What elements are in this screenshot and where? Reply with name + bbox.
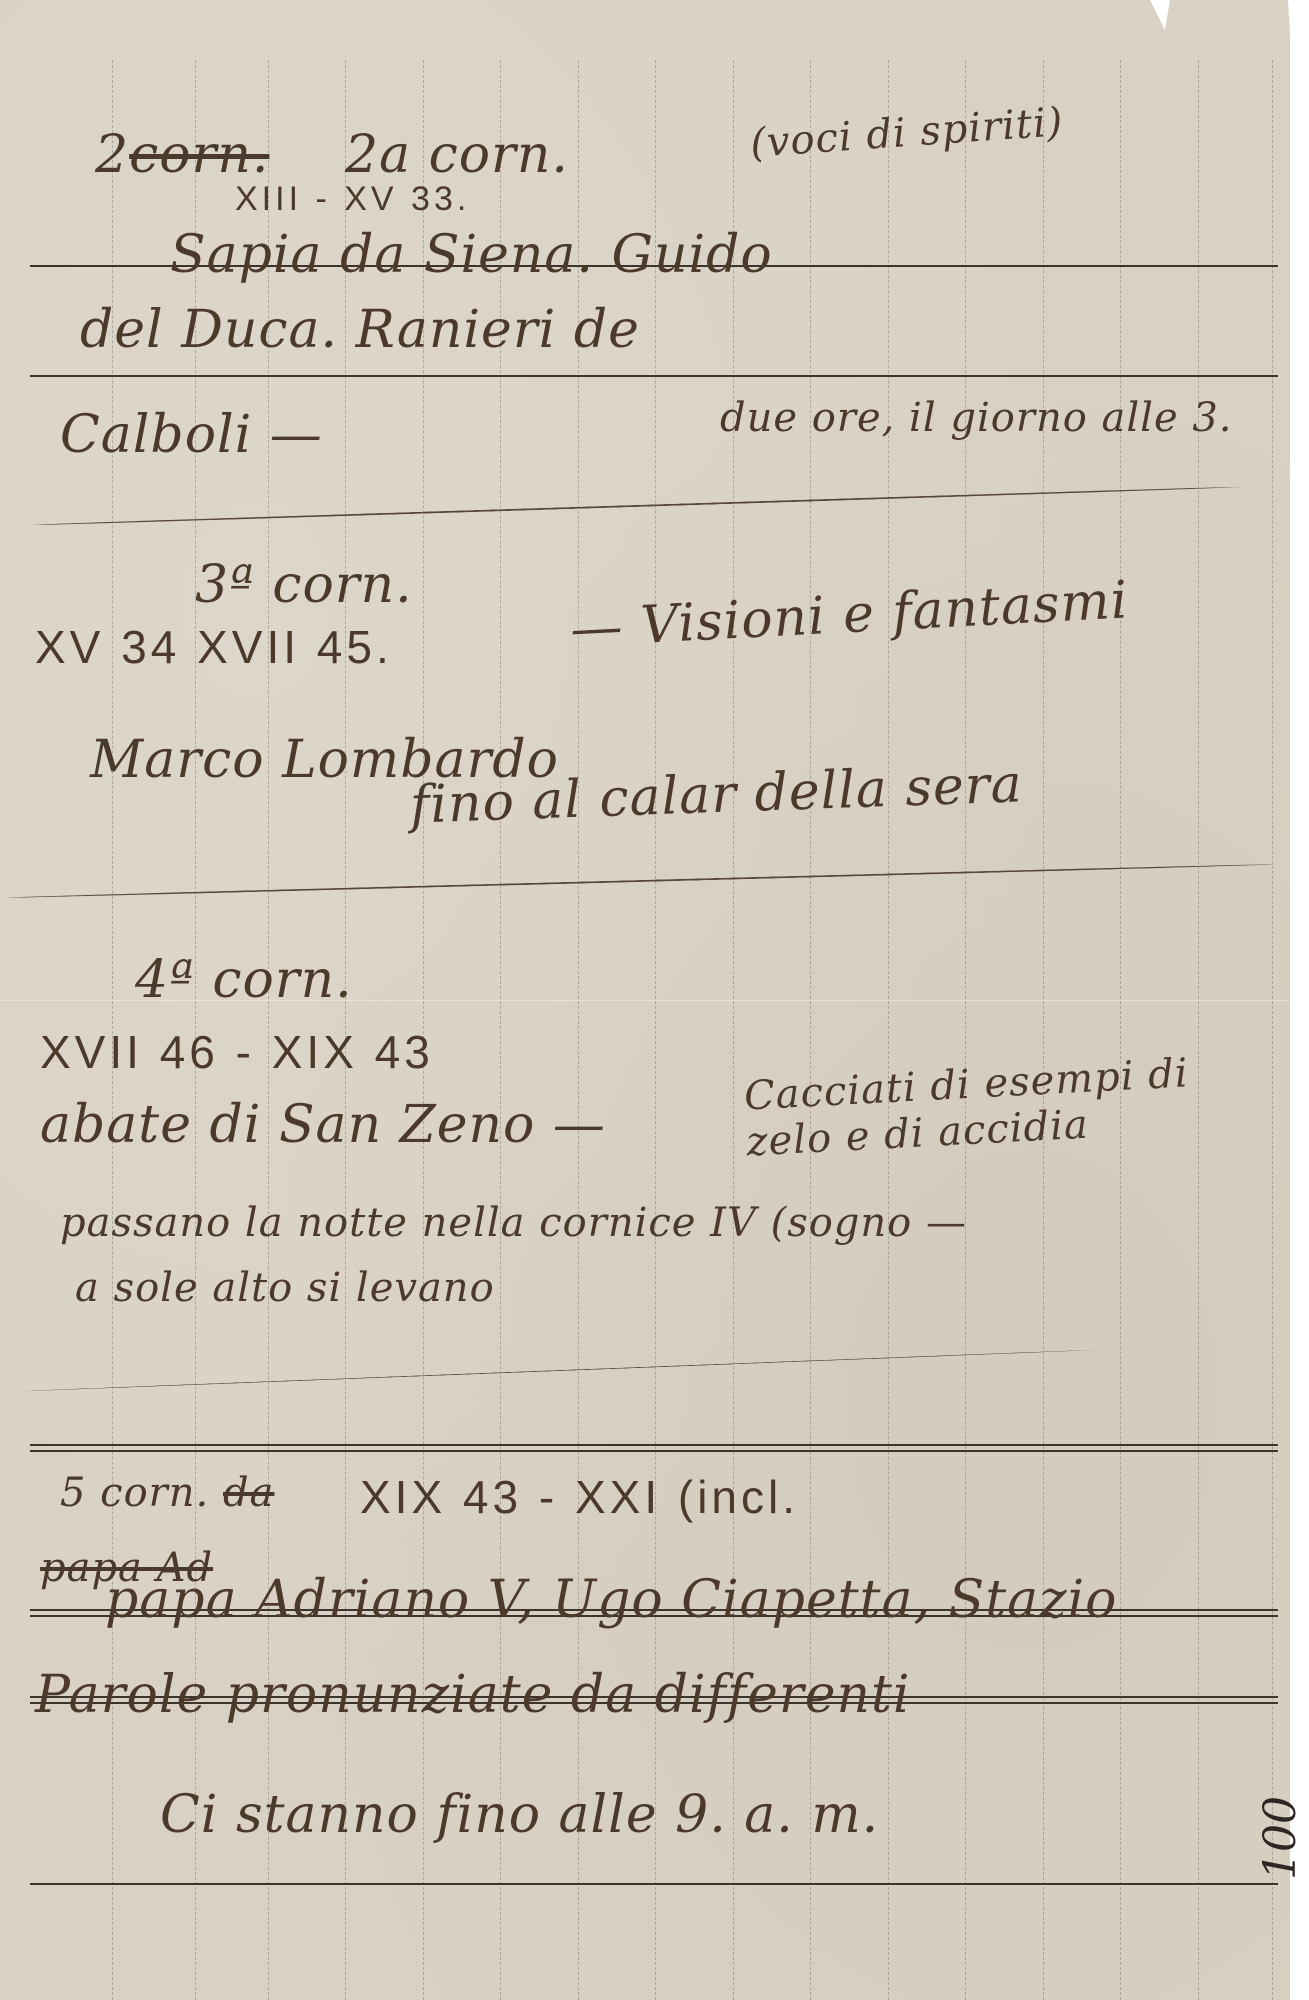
section-4-line: abate di San Zeno — [40, 1095, 606, 1155]
section-divider [30, 486, 1239, 526]
section-2-line: Sapia da Siena. Guido [170, 225, 773, 285]
horizontal-rule [30, 375, 1278, 377]
section-4-heading: 4ª corn. [135, 950, 353, 1010]
manuscript-page: 2corn. 2a corn. (voci di spiriti) XIII -… [0, 0, 1290, 2000]
horizontal-double-rule [30, 1444, 1278, 1446]
margin-page-number: 100 [1255, 1796, 1306, 1880]
section-4-time-note: a sole alto si levano [75, 1265, 495, 1311]
vertical-rule [965, 60, 966, 2000]
section-2-line: Calboli — [60, 405, 323, 465]
section-divider [20, 1349, 1099, 1391]
section-2-heading: 2corn. [95, 125, 269, 185]
section-3-heading: 3ª corn. [195, 555, 413, 615]
section-4-aside: Cacciati di esempi di zelo e di accidia [743, 1046, 1267, 1165]
section-2-line: del Duca. Ranieri de [80, 300, 640, 360]
vertical-rule [1120, 60, 1121, 2000]
section-5-range: XIX 43 - XXI (incl. [360, 1470, 799, 1524]
section-2-heading-corrected: 2a corn. [345, 125, 569, 185]
section-2-range: XIII - XV 33. [235, 180, 470, 219]
vertical-rule [1272, 60, 1273, 2000]
section-3-aside: — Visioni e fantasmi [569, 570, 1130, 659]
vertical-rule [1198, 60, 1199, 2000]
horizontal-rule [30, 1883, 1278, 1885]
section-4-time-note: passano la notte nella cornice IV (sogno… [60, 1200, 967, 1246]
section-2-aside: (voci di spiriti) [749, 99, 1065, 167]
section-5-struck-line: Parole pronunziate da differenti [35, 1665, 911, 1725]
section-3-range: XV 34 XVII 45. [35, 620, 393, 674]
section-5-struck-line: papa Adriano V, Ugo Ciapetta, Stazio [105, 1570, 1117, 1630]
section-4-range: XVII 46 - XIX 43 [40, 1025, 434, 1079]
vertical-rule [1043, 60, 1044, 2000]
section-5-line: Ci stanno fino alle 9. a. m. [160, 1785, 879, 1845]
section-5-heading: 5 corn. da [60, 1470, 274, 1516]
section-2-time-note: due ore, il giorno alle 3. [720, 395, 1233, 441]
